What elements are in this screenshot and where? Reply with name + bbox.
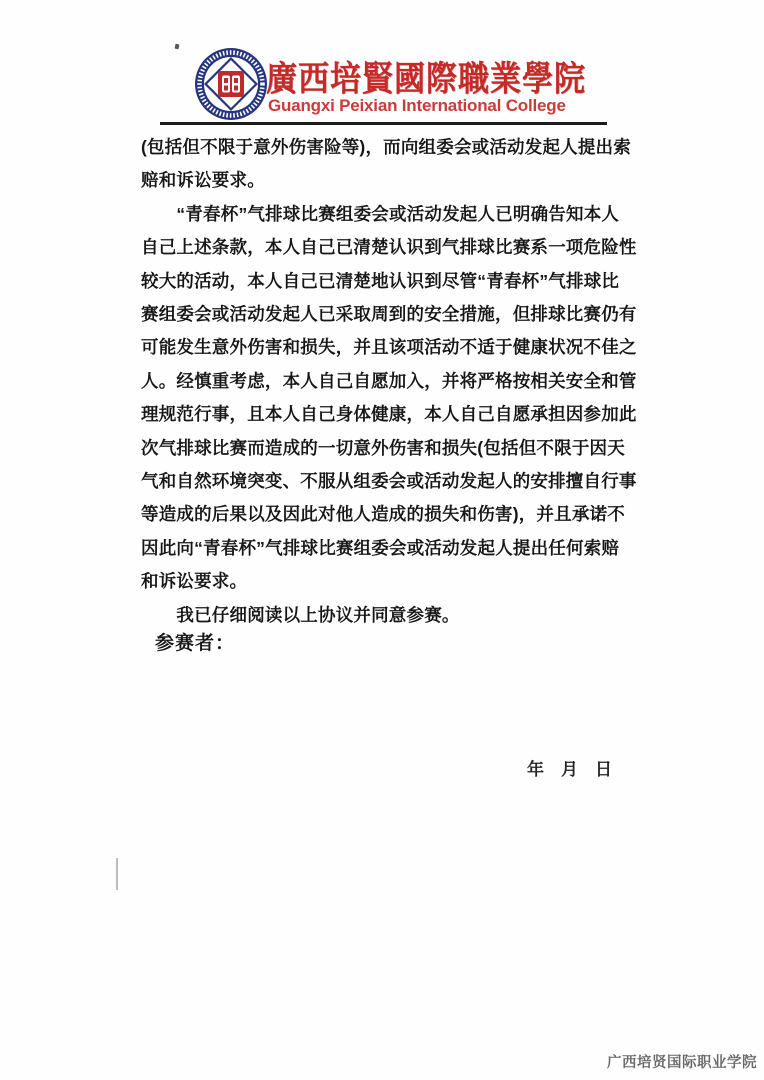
- college-name-english: Guangxi Peixian International College: [268, 96, 566, 116]
- header-divider-line: [160, 122, 607, 125]
- body-line: 次气排球比赛而造成的一切意外伤害和损失(包括但不限于因天: [141, 432, 641, 465]
- scan-artifact-line: [116, 858, 118, 890]
- participant-signature-label: 参赛者：: [155, 628, 235, 655]
- body-line: 赔和诉讼要求。: [141, 164, 641, 197]
- body-line: 人。经慎重考虑，本人自己自愿加入，并将严格按相关安全和管: [141, 365, 641, 398]
- body-line: (包括但不限于意外伤害险等)，而向组委会或活动发起人提出索: [141, 131, 641, 164]
- date-year-label: 年: [527, 755, 544, 780]
- body-line: 等造成的后果以及因此对他人造成的损失和伤害)，并且承诺不: [141, 498, 641, 531]
- body-line: 自己上述条款，本人自己已清楚认识到气排球比赛系一项危险性: [141, 231, 641, 264]
- body-line: 和诉讼要求。: [141, 565, 641, 598]
- body-line: 理规范行事，且本人自己身体健康，本人自己自愿承担因参加此: [141, 398, 641, 431]
- body-line: “青春杯”气排球比赛组委会或活动发起人已明确告知本人: [141, 198, 641, 231]
- college-name-calligraphy: 廣西培賢國際職業學院: [266, 50, 596, 100]
- scan-speck: [175, 44, 180, 50]
- footer-college-watermark: 广西培贤国际职业学院: [607, 1051, 757, 1072]
- body-line: 赛组委会或活动发起人已采取周到的安全措施，但排球比赛仍有: [141, 298, 641, 331]
- college-seal-icon: [194, 47, 268, 121]
- date-month-label: 月: [561, 755, 578, 780]
- scanned-document-page: 廣西培賢國際職業學院 Guangxi Peixian International…: [0, 0, 764, 1080]
- body-line: 可能发生意外伤害和损失，并且该项活动不适于健康状况不佳之: [141, 331, 641, 364]
- agreement-body-text: (包括但不限于意外伤害险等)，而向组委会或活动发起人提出索赔和诉讼要求。 “青春…: [141, 131, 641, 632]
- body-line: 因此向“青春杯”气排球比赛组委会或活动发起人提出任何索赔: [141, 532, 641, 565]
- date-day-label: 日: [595, 755, 612, 780]
- document-header: 廣西培賢國際職業學院 Guangxi Peixian International…: [0, 0, 764, 130]
- body-line: 较大的活动，本人自己已清楚地认识到尽管“青春杯”气排球比: [141, 265, 641, 298]
- date-line: 年 月 日: [527, 755, 612, 780]
- body-line: 气和自然环境突变、不服从组委会或活动发起人的安排擅自行事: [141, 465, 641, 498]
